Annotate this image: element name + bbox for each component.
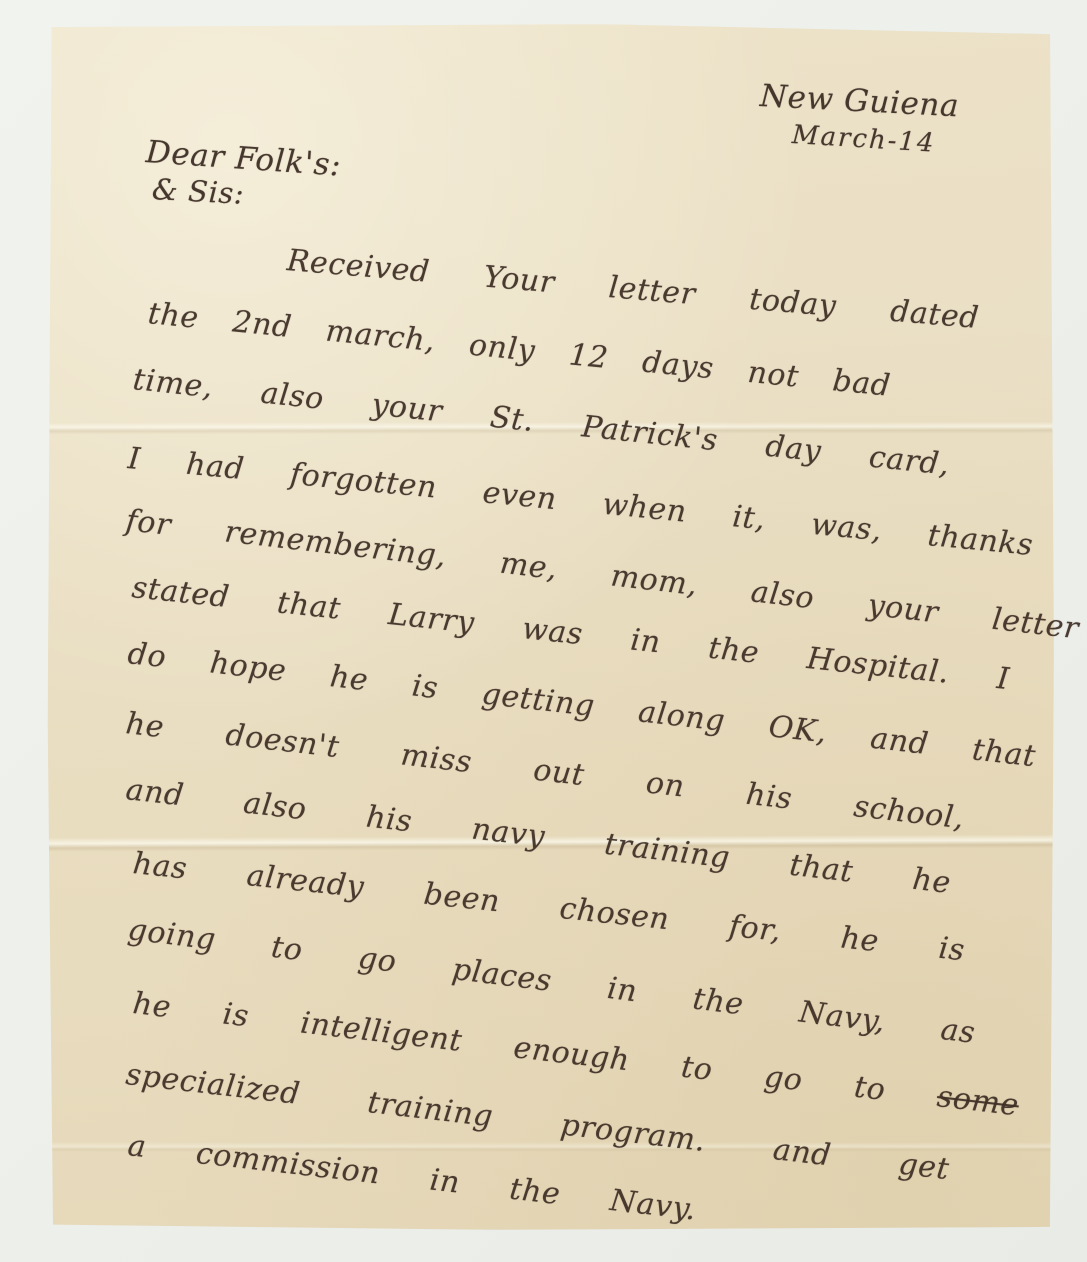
scanned-letter-background: New Guiena March-14 Dear Folk's: & Sis: … [0,0,1087,1262]
salutation-line-2: & Sis: [151,172,245,211]
